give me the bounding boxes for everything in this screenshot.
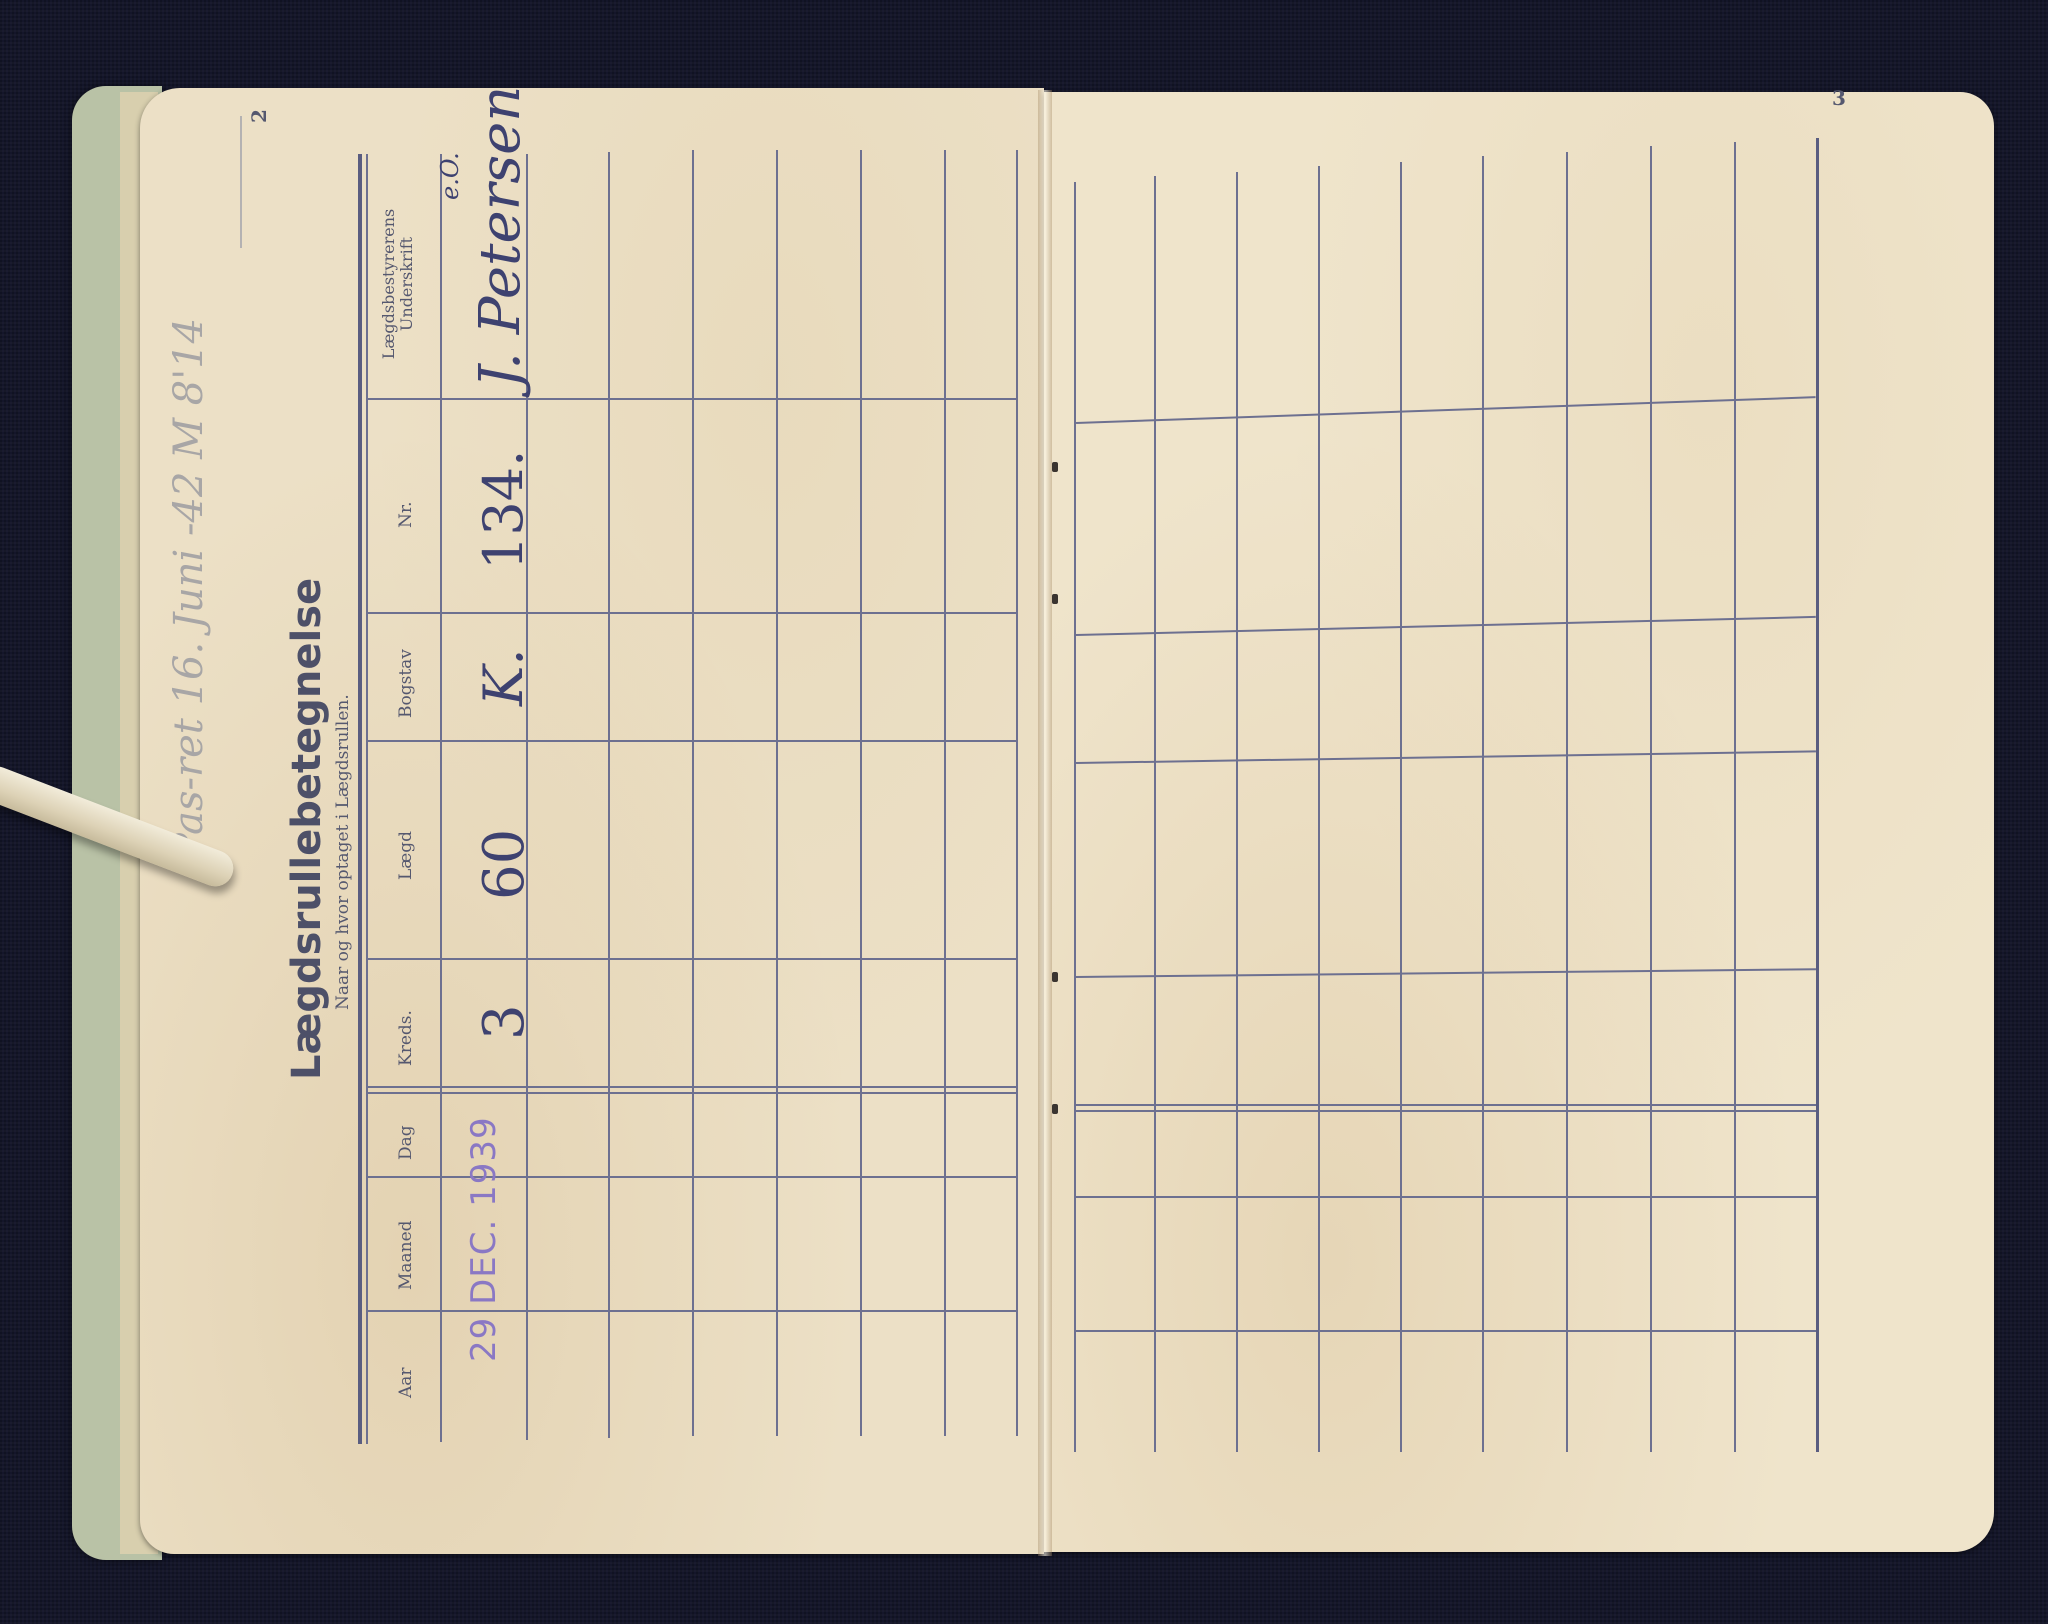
entry-signature: J. Petersen xyxy=(468,86,533,388)
grid-line xyxy=(1154,176,1156,1452)
right-page xyxy=(1044,92,1994,1552)
header-divider xyxy=(440,154,442,1442)
grid-line xyxy=(1074,182,1076,1452)
entry-bogstav: K. xyxy=(472,648,535,706)
row-line xyxy=(692,150,694,1436)
grid-line xyxy=(1650,146,1652,1452)
col-header-nr: Nr. xyxy=(396,501,416,528)
book-spine xyxy=(1038,90,1052,1556)
col-header-bogstav: Bogstav xyxy=(396,649,416,718)
col-header-dag: Dag xyxy=(396,1125,416,1160)
grid-line xyxy=(1566,152,1568,1452)
form-subtitle: Naar og hvor optaget i Lægdsrullen. xyxy=(333,694,353,1010)
entry-laegd: 60 xyxy=(472,829,537,900)
entry-signature-suffix: e.O. xyxy=(436,152,464,200)
grid-line xyxy=(1734,142,1736,1452)
col-sep-nr-bogstav xyxy=(366,612,1018,614)
date-stamp: 29 DEC. 1939 xyxy=(464,1116,504,1362)
col-header-underskrift-text: Lægdsbestyrerens Underskrift xyxy=(380,184,416,384)
col-header-maaned: Maaned xyxy=(396,1220,416,1290)
row-line xyxy=(860,150,862,1436)
grid-border-right xyxy=(1816,138,1819,1452)
grid-line xyxy=(1236,172,1238,1452)
binding-stitch xyxy=(1052,462,1058,472)
col-sep-laegd-kreds xyxy=(366,958,1018,960)
grid-line xyxy=(1482,156,1484,1452)
page-number-right: 3 xyxy=(1832,86,1846,110)
table-border-left xyxy=(358,154,362,1444)
grid-row-line xyxy=(1076,1104,1816,1106)
col-header-laegd: Lægd xyxy=(396,831,416,880)
entry-nr: 134. xyxy=(472,450,535,570)
col-sep-underskrift-nr xyxy=(366,398,1018,400)
binding-stitch xyxy=(1052,972,1058,982)
margin-pencil-note: Pas-ret 16. Juni -42 M 8'14 xyxy=(166,318,212,860)
binding-stitch xyxy=(1052,594,1058,604)
binding-stitch xyxy=(1052,1104,1058,1114)
grid-row-line-double xyxy=(1076,1110,1816,1112)
grid-row-line xyxy=(1076,1196,1816,1198)
grid-row-line xyxy=(1076,1330,1816,1332)
left-page xyxy=(140,88,1044,1554)
row-line xyxy=(776,150,778,1436)
row-line xyxy=(1016,150,1018,1436)
col-sep-kreds-dag xyxy=(366,1086,1018,1088)
form-title: Lægdsrullebetegnelse xyxy=(284,578,330,1080)
page-number-left: 2 xyxy=(247,109,271,123)
col-header-underskrift: Lægdsbestyrerens Underskrift xyxy=(380,184,416,384)
row-line xyxy=(608,152,610,1438)
grid-line xyxy=(1318,166,1320,1452)
table-border-double xyxy=(366,154,368,1444)
col-header-kreds: Kreds. xyxy=(396,1010,416,1066)
entry-kreds: 3 xyxy=(472,1004,537,1040)
row-line xyxy=(944,150,946,1436)
col-header-aar: Aar xyxy=(396,1367,416,1398)
pencil-underline xyxy=(240,116,242,248)
col-sep-kreds-dag-double xyxy=(366,1092,1018,1094)
grid-line xyxy=(1400,162,1402,1452)
col-sep-bogstav-laegd xyxy=(366,740,1018,742)
